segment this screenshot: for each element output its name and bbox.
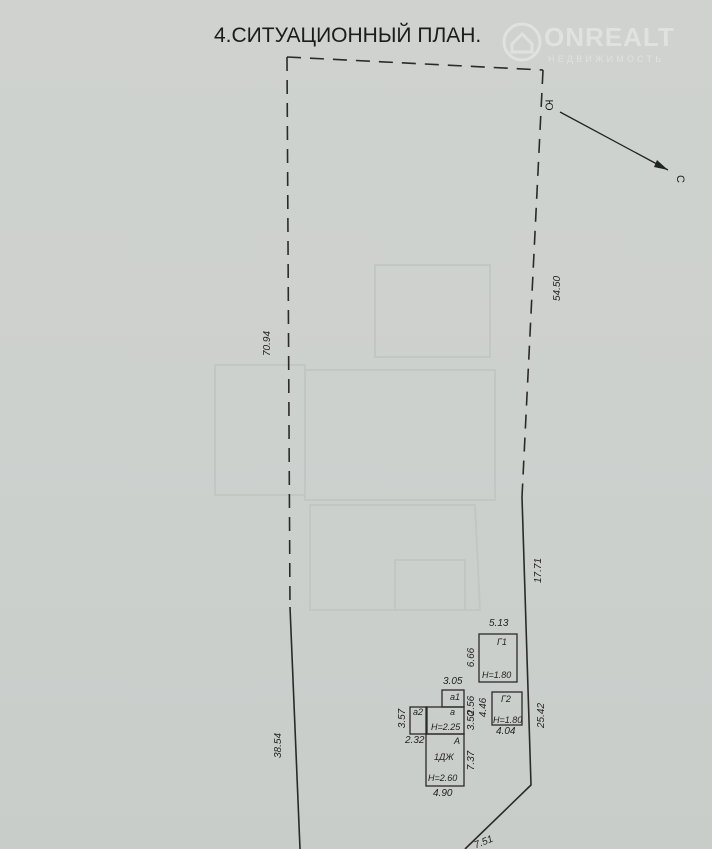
dim-left-bottom: 38.54 — [273, 733, 284, 758]
g2-height: Н=1.80 — [493, 715, 522, 725]
g1-depth: 6.66 — [466, 648, 477, 667]
main-house-type: 1ДЖ — [434, 752, 454, 762]
faint-background-outlines — [215, 265, 495, 610]
a1-width: 3.05 — [443, 676, 462, 687]
a2-width: 2.32 — [405, 735, 424, 746]
compass-south-label: Ю — [543, 99, 555, 110]
dim-right-middle: 17.71 — [533, 558, 544, 583]
main-house-letter: А — [454, 736, 460, 746]
main-house-width: 4.90 — [433, 788, 452, 799]
a-height: Н=2.25 — [431, 722, 460, 732]
g2-label: Г2 — [501, 694, 511, 704]
g2-depth: 4.46 — [478, 698, 489, 717]
plan-drawing — [0, 0, 712, 849]
dim-left-top: 70.94 — [262, 331, 273, 356]
a1-label: а1 — [450, 692, 460, 702]
a-label: а — [450, 707, 455, 717]
north-arrow — [560, 112, 668, 170]
site-plan-page: 4.СИТУАЦИОННЫЙ ПЛАН. ONREALT НЕДВИЖИМОСТ… — [0, 0, 712, 849]
dim-right-top: 54.50 — [552, 276, 563, 301]
g1-width: 5.13 — [489, 618, 508, 629]
g1-height: Н=1.80 — [482, 670, 511, 680]
a2-label: а2 — [413, 707, 423, 717]
compass-north-label: С — [674, 175, 686, 183]
g2-width: 4.04 — [496, 726, 515, 737]
a2-depth: 3.57 — [397, 709, 408, 728]
main-house-height: Н=2.60 — [428, 773, 457, 783]
g1-label: Г1 — [497, 637, 507, 647]
a-depth: 3.50 — [466, 711, 477, 730]
dim-right-bottom: 25.42 — [536, 703, 547, 728]
main-house-depth: 7.37 — [466, 751, 477, 770]
